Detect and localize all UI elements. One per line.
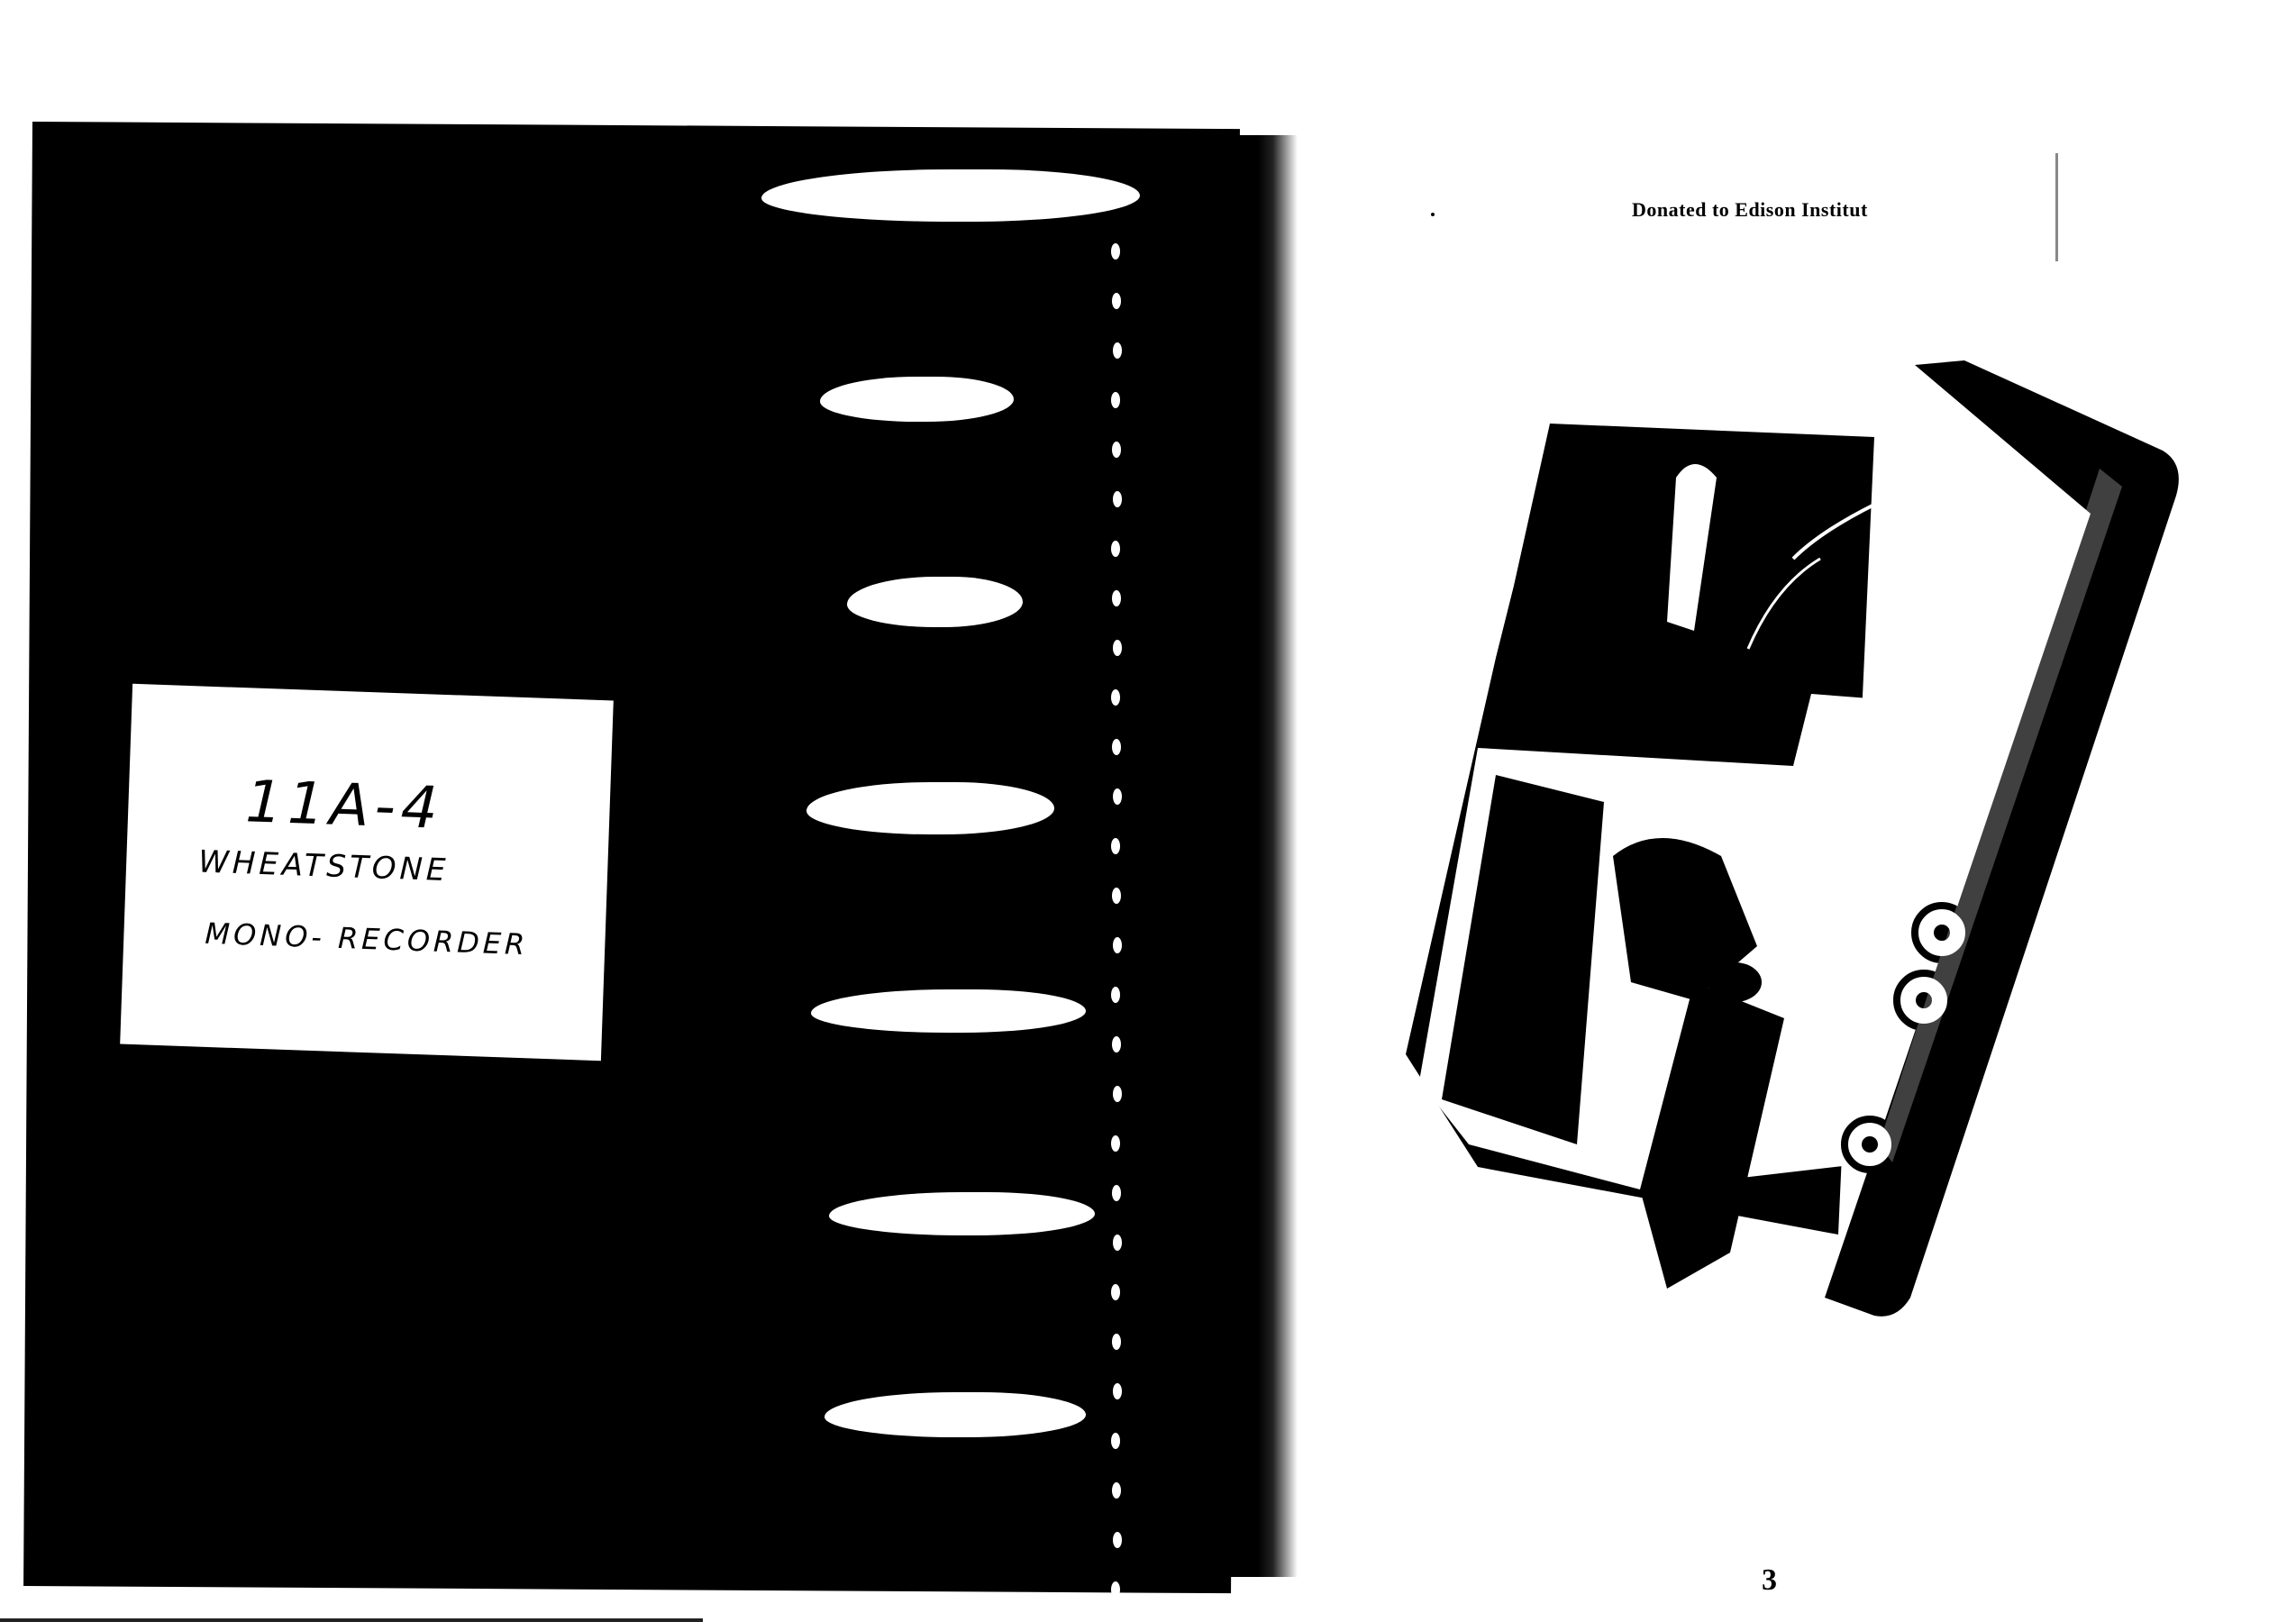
scan-edge-line	[2055, 153, 2058, 261]
device-body	[1406, 360, 2179, 1317]
sprocket-hole	[1112, 1185, 1121, 1201]
tape-hole	[811, 989, 1086, 1033]
donation-caption: Donated to Edison Institut	[1632, 198, 1868, 222]
tape-hole	[820, 377, 1014, 422]
sprocket-hole	[1112, 1334, 1121, 1350]
label-catalog-number: 11A-4	[244, 769, 443, 843]
sprocket-hole	[1111, 392, 1120, 408]
tape-hole	[761, 169, 1140, 222]
sprocket-hole	[1113, 1235, 1122, 1251]
sprocket-hole	[1112, 590, 1121, 606]
sprocket-hole	[1113, 1086, 1122, 1102]
sprocket-hole	[1113, 491, 1122, 507]
scan-bottom-edge	[0, 1618, 703, 1622]
label-name: WHEATSTONE	[198, 843, 450, 888]
sprocket-hole	[1112, 442, 1121, 458]
sprocket-hole	[1112, 888, 1121, 904]
label-type: MONO- RECORDER	[205, 916, 529, 962]
speck	[1431, 213, 1435, 216]
sprocket-hole	[1112, 1036, 1121, 1052]
sprocket-hole	[1113, 1532, 1122, 1548]
sprocket-hole	[1113, 342, 1122, 359]
sprocket-hole	[1111, 1135, 1120, 1152]
sprocket-hole	[1111, 987, 1120, 1003]
device-photo	[1370, 351, 2181, 1415]
sprocket-hole	[1111, 1433, 1120, 1449]
tape-hole	[829, 1192, 1095, 1235]
page-number: 3	[1762, 1563, 1777, 1598]
sprocket-hole	[1111, 243, 1120, 260]
tape-torn-edge	[1198, 135, 1298, 1577]
sprocket-hole	[1111, 838, 1120, 854]
label-card: 11A-4 WHEATSTONE MONO- RECORDER	[120, 684, 614, 1061]
sprocket-hole	[1112, 1482, 1121, 1499]
sprocket-hole	[1113, 937, 1122, 953]
sprocket-hole	[1111, 541, 1120, 557]
sprocket-hole	[1113, 1383, 1122, 1399]
sprocket-hole	[1112, 739, 1121, 755]
tape-hole	[825, 1392, 1086, 1437]
sprocket-hole	[1113, 788, 1122, 805]
sprocket-hole	[1111, 1284, 1120, 1300]
sprocket-hole	[1113, 640, 1122, 656]
sprocket-hole	[1111, 689, 1120, 706]
tape-hole	[806, 782, 1054, 834]
sprocket-hole	[1112, 293, 1121, 309]
tape-hole	[847, 577, 1023, 627]
sprocket-hole	[1111, 1581, 1120, 1598]
